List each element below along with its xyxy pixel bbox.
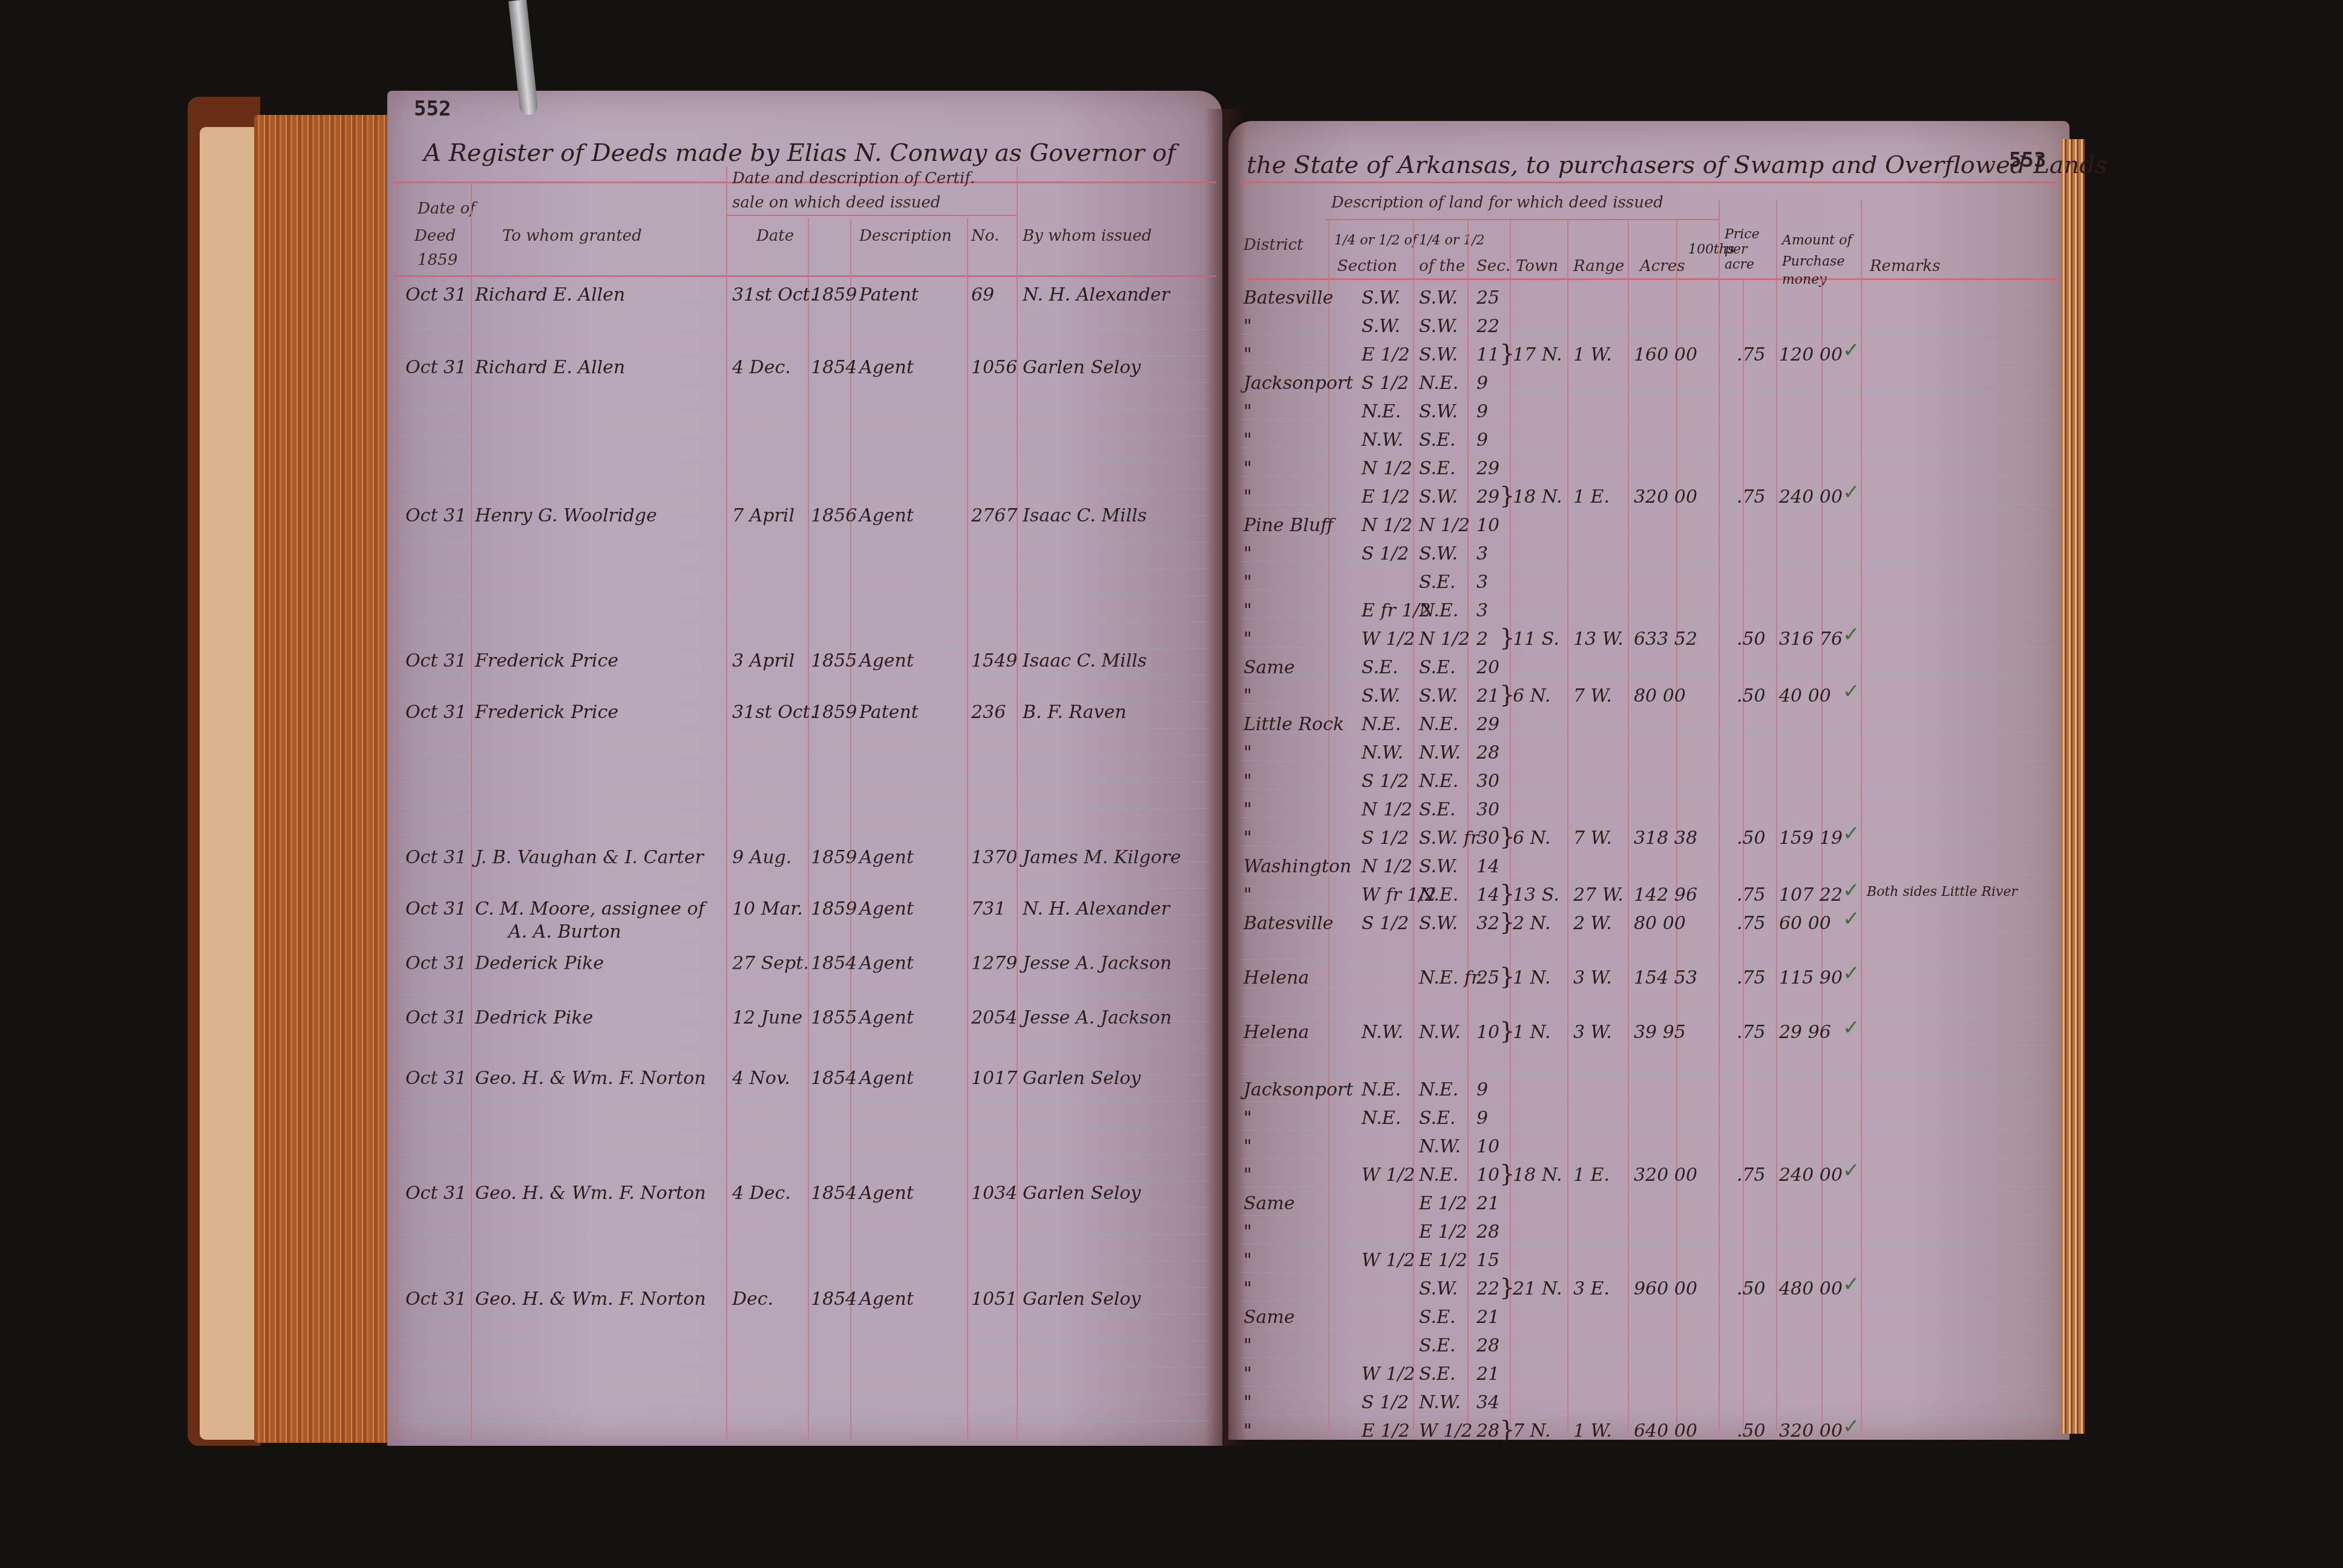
ruling-line [1240,1187,2051,1187]
ruling-line [1240,305,2051,306]
ruling-line [1240,1414,2051,1415]
cert-date: 3 April [732,650,795,671]
col-header-date-of-deed-3: 1859 [418,251,457,269]
ruling-line [1240,1301,2051,1301]
ruling-line [1240,334,2051,335]
ruling-line [1240,561,2051,562]
township: 1 N. [1513,967,1551,988]
ruling-line [399,595,1210,596]
issued-by: Garlen Seloy [1023,1289,1141,1310]
district: " [1244,1335,1252,1356]
ruling-line [399,382,1210,383]
register-title-right: the State of Arkansas, to purchasers of … [1247,151,2107,179]
column-rule [471,181,472,1440]
ruling-line [399,462,1210,463]
verified-check-icon: ✓ [1843,622,1860,647]
cert-no: 731 [971,898,1006,920]
grouping-brace: } [1499,962,1515,990]
purchase-amount: 240 00 [1779,1165,1843,1186]
purchase-amount: 115 90 [1779,967,1843,988]
ruling-line [399,1048,1210,1048]
ruling-line [1240,959,2051,960]
verified-check-icon: ✓ [1843,907,1860,931]
deed-date: Oct 31 [405,357,467,378]
col-header-cert-group-1: Date and description of Certif. [732,169,975,188]
issued-by: James M. Kilgore [1023,847,1181,868]
ruling-line [1240,931,2051,932]
cert-year: 1855 [811,1007,857,1028]
cert-no: 1549 [971,650,1017,671]
section-number: 28 [1476,1335,1499,1356]
township: 1 N. [1513,1022,1551,1043]
deed-date: Oct 31 [405,1007,467,1028]
remarks: Both sides Little River [1867,884,2017,900]
grantee: Geo. H. & Wm. F. Norton [475,1289,706,1310]
district: " [1244,1364,1252,1385]
issued-by: Garlen Seloy [1023,1183,1141,1204]
district: " [1244,1420,1252,1442]
header-rule-bottom [393,275,1216,277]
ruling-line [1240,675,2051,676]
ruling-line [1240,1045,2051,1045]
section-number: 34 [1476,1392,1499,1413]
ruling-line [1240,988,2051,988]
grouping-brace: } [1499,823,1515,851]
cert-year: 1854 [811,1289,857,1310]
col-header-part-section-1: 1/4 or 1/2 of [1334,233,1417,248]
ruling-line [399,648,1210,649]
grantee: Frederick Price [475,702,618,723]
cert-year: 1854 [811,1068,857,1089]
issued-by: Garlen Seloy [1023,357,1141,378]
ruling-line [399,1128,1210,1128]
ruling-line [399,622,1210,622]
issued-by: Isaac C. Mills [1023,650,1147,671]
col-header-by-whom-issued: By whom issued [1023,227,1152,245]
description: Agent [859,1007,914,1028]
ruling-line [1240,817,2051,818]
quarter-of-quarter: S.E. [1419,1307,1455,1328]
quarter-section: N.W. [1362,1022,1403,1043]
cert-year: 1854 [811,357,857,378]
ruling-line [399,1207,1210,1208]
column-rule [1567,221,1568,1431]
acres: 39 95 [1634,1022,1686,1043]
cert-no: 1056 [971,357,1017,378]
subheader-rule [726,215,1017,216]
ruling-line [1240,1386,2051,1387]
range: 3 W. [1573,967,1612,988]
section-number: 25 [1476,967,1499,988]
district: " [1244,1165,1252,1186]
cert-date: 9 Aug. [732,847,791,868]
section-number: 15 [1476,1250,1499,1271]
district: " [1244,1278,1252,1299]
grouping-brace: } [1499,482,1515,509]
col-header-remarks: Remarks [1870,257,1941,275]
verified-check-icon: ✓ [1843,679,1860,704]
cert-year: 1854 [811,1183,857,1204]
ruling-line [1240,1272,2051,1273]
cert-year: 1854 [811,953,857,974]
verified-check-icon: ✓ [1843,338,1860,362]
column-rule [1743,278,1744,1431]
ruling-line [399,329,1210,330]
ruling-line [399,409,1210,410]
column-rule [850,218,851,1440]
quarter-section: W 1/2 [1362,1364,1415,1385]
ruling-line [1240,789,2051,789]
grouping-brace: } [1499,880,1515,907]
verified-check-icon: ✓ [1843,822,1860,846]
column-rule [1628,221,1629,1431]
township: 18 N. [1513,1165,1562,1186]
quarter-of-quarter: N.W. [1419,1136,1461,1157]
column-rule [1328,221,1329,1431]
quarter-section: W 1/2 [1362,1165,1415,1186]
grantee: Richard E. Allen [475,357,625,378]
cert-date: 4 Dec. [732,357,791,378]
cert-date: 4 Nov. [732,1068,790,1089]
price-per-acre: .75 [1737,967,1766,988]
quarter-of-quarter: W 1/2 [1419,1420,1473,1442]
purchase-amount: 320 00 [1779,1420,1843,1442]
col-header-date-of-deed-1: Date of [418,200,476,218]
township: 21 N. [1513,1278,1562,1299]
ruling-line [399,1261,1210,1261]
district: Same [1244,1307,1295,1328]
grouping-brace: } [1499,908,1515,936]
ruling-line [399,1420,1210,1421]
ruling-line [399,489,1210,489]
quarter-of-quarter: S.E. [1419,1108,1455,1129]
col-header-price-2: per [1725,242,1748,257]
ruling-line [399,1234,1210,1235]
ruling-line [1240,476,2051,477]
grantee: Geo. H. & Wm. F. Norton [475,1068,706,1089]
ruling-line [1240,505,2051,505]
col-header-part-quarter-1: 1/4 or 1/2 [1419,233,1485,248]
cert-year: 1855 [811,650,857,671]
col-header-to-whom-granted: To whom granted [502,227,642,245]
col-header-district: District [1244,236,1303,254]
section-number: 21 [1476,1193,1499,1214]
quarter-of-quarter: N.E. fr [1419,967,1480,988]
grantee: Geo. H. & Wm. F. Norton [475,1183,706,1204]
price-per-acre: .75 [1737,1022,1766,1043]
column-rule [1821,278,1823,1431]
quarter-of-quarter: S.E. [1419,1364,1455,1385]
deed-date: Oct 31 [405,1183,467,1204]
ruling-line [399,702,1210,702]
quarter-of-quarter: E 1/2 [1419,1221,1467,1243]
grantee: Dedrick Pike [475,1007,593,1028]
column-rule [808,218,809,1440]
deed-date: Oct 31 [405,953,467,974]
ruling-line [399,1074,1210,1075]
col-header-amount-3: money [1782,272,1827,287]
book-gutter [1204,109,1247,1446]
ruling-line [399,915,1210,915]
ruling-line [399,808,1210,809]
quarter-of-quarter: S.E. [1419,1335,1455,1356]
column-rule [1676,221,1677,1431]
ruling-line [1240,362,2051,363]
cert-year: 1859 [811,702,857,723]
deed-date: Oct 31 [405,898,467,920]
ruling-line [399,1181,1210,1181]
section-number: 10 [1476,1022,1499,1043]
col-header-date: Date [756,227,794,245]
district: " [1244,1136,1252,1157]
ruling-line [399,968,1210,969]
section-number: 22 [1476,1278,1499,1299]
verified-check-icon: ✓ [1843,961,1860,985]
right-page [1228,121,2069,1440]
cert-year: 1859 [811,898,857,920]
ruling-line [1240,846,2051,846]
col-header-cert-group-2: sale on which deed issued [732,194,940,212]
ruling-line [399,1287,1210,1288]
ruling-line [399,1021,1210,1022]
district: Helena [1244,1022,1309,1043]
quarter-of-quarter: S.W. [1419,1278,1458,1299]
col-header-acres: Acres [1640,257,1685,275]
header-rule [1240,181,2057,183]
quarter-section: E 1/2 [1362,1420,1410,1442]
quarter-of-quarter: N.E. [1419,1165,1458,1186]
range: 3 E. [1573,1278,1610,1299]
deed-date: Oct 31 [405,1289,467,1310]
ruling-line [1240,903,2051,903]
district: Helena [1244,967,1309,988]
col-header-part-section-2: Section [1337,257,1397,275]
page-number-left: 552 [414,97,451,121]
ruling-line [399,835,1210,835]
section-number: 21 [1476,1364,1499,1385]
col-header-part-quarter-2: of the [1419,257,1465,275]
register-title-left: A Register of Deeds made by Elias N. Con… [424,139,1176,167]
quarter-section: W 1/2 [1362,1250,1415,1271]
issued-by: Garlen Seloy [1023,1068,1141,1089]
ruling-line [1240,1357,2051,1358]
ruling-line [399,995,1210,995]
col-header-amount-2: Purchase [1782,254,1844,269]
grantee: Frederick Price [475,650,618,671]
verified-check-icon: ✓ [1843,480,1860,505]
ruling-line [399,1101,1210,1102]
grouping-brace: } [1499,1273,1515,1301]
section-number: 28 [1476,1221,1499,1243]
ruling-line [399,302,1210,303]
page-edges-left [254,115,393,1443]
cert-date: 27 Sept. [732,953,809,974]
ruling-line [399,861,1210,862]
township: 7 N. [1513,1420,1551,1442]
quarter-of-quarter: N.W. [1419,1022,1461,1043]
deed-date: Oct 31 [405,1068,467,1089]
district: " [1244,1250,1252,1271]
quarter-of-quarter: E 1/2 [1419,1193,1467,1214]
description: Agent [859,1289,914,1310]
ruling-line [399,728,1210,729]
cert-no: 1370 [971,847,1017,868]
description: Agent [859,357,914,378]
column-rule [397,181,398,1440]
ruling-line [399,675,1210,676]
deed-date: Oct 31 [405,847,467,868]
grouping-brace: } [1499,681,1515,708]
ruling-line [1240,760,2051,761]
ruling-line [399,888,1210,889]
description: Patent [859,702,919,723]
col-header-town: Town [1516,257,1558,275]
description: Agent [859,650,914,671]
issued-by: Jesse A. Jackson [1023,953,1171,974]
description: Agent [859,953,914,974]
purchase-amount: 480 00 [1779,1278,1843,1299]
ruling-line [399,1394,1210,1394]
verified-check-icon: ✓ [1843,878,1860,903]
section-number: 9 [1476,1079,1488,1100]
range: 3 W. [1573,1022,1612,1043]
section-number: 10 [1476,1165,1499,1186]
cert-date: 10 Mar. [732,898,803,920]
ruling-line [399,1341,1210,1341]
acres: 154 53 [1634,967,1697,988]
ruling-line [1240,732,2051,733]
ruling-line [1240,1102,2051,1102]
ruling-line [1240,448,2051,448]
district: " [1244,1392,1252,1413]
ruling-line [1240,1158,2051,1159]
grouping-brace: } [1499,1017,1515,1045]
ruling-line [399,941,1210,942]
verified-check-icon: ✓ [1843,1272,1860,1296]
range: 1 W. [1573,1420,1612,1442]
price-per-acre: .50 [1737,1278,1766,1299]
column-rule [726,166,727,1440]
district: Jacksonport [1244,1079,1353,1100]
cert-no: 1034 [971,1183,1017,1204]
quarter-of-quarter: N.W. [1419,1392,1461,1413]
ruling-line [1240,419,2051,420]
ruling-line [399,1314,1210,1315]
description: Agent [859,898,914,920]
col-header-range: Range [1573,257,1624,275]
grantee: J. B. Vaughan & I. Carter [475,847,704,868]
column-rule [1776,200,1777,1431]
quarter-section: N.E. [1362,1079,1401,1100]
ruling-line [399,515,1210,516]
subheader-rule [1325,219,1719,220]
ruling-line [1240,590,2051,590]
cert-no: 1279 [971,953,1017,974]
acres: 320 00 [1634,1165,1697,1186]
section-number: 10 [1476,1136,1499,1157]
cert-year: 1859 [811,847,857,868]
district: " [1244,1108,1252,1129]
ruling-line [1240,1130,2051,1131]
col-header-sec: Sec. [1476,257,1510,275]
col-header-price-1: Price [1725,227,1760,242]
column-rule [967,218,968,1440]
ruling-line [399,1367,1210,1368]
price-per-acre: .75 [1737,1165,1766,1186]
district: " [1244,1221,1252,1243]
col-header-date-of-deed-2: Deed [415,227,456,245]
district: Same [1244,1193,1295,1214]
quarter-section: N.E. [1362,1108,1401,1129]
column-rule [1719,200,1720,1431]
cert-date: 12 June [732,1007,802,1028]
ruling-line [1240,1244,2051,1244]
ruling-line [1240,618,2051,619]
col-header-land-group: Description of land for which deed issue… [1331,194,1663,212]
issued-by: B. F. Raven [1023,702,1127,723]
grouping-brace: } [1499,1416,1515,1443]
cert-no: 1051 [971,1289,1017,1310]
deed-date: Oct 31 [405,702,467,723]
description: Agent [859,1068,914,1089]
ruling-line [399,356,1210,356]
ruling-line [399,1154,1210,1155]
grouping-brace: } [1499,339,1515,367]
cert-date: 31st Oct. [732,702,816,723]
acres: 640 00 [1634,1420,1697,1442]
ruling-line [1240,533,2051,534]
ruling-line [1240,874,2051,875]
description: Agent [859,847,914,868]
ruling-line [1240,391,2051,391]
col-header-description: Description [859,227,952,245]
issued-by: Jesse A. Jackson [1023,1007,1171,1028]
grantee-line2: A. A. Burton [508,921,621,942]
cert-date: Dec. [732,1289,773,1310]
page-edges-right [2060,139,2085,1434]
verified-check-icon: ✓ [1843,1016,1860,1040]
verified-check-icon: ✓ [1843,1414,1860,1439]
verified-check-icon: ✓ [1843,1158,1860,1183]
issued-by: N. H. Alexander [1023,898,1170,920]
col-header-no: No. [971,227,999,245]
grouping-brace: } [1499,1160,1515,1187]
cert-date: 4 Dec. [732,1183,791,1204]
grantee: Dederick Pike [475,953,604,974]
ruling-line [399,755,1210,756]
section-number: 9 [1476,1108,1488,1129]
cert-no: 236 [971,702,1006,723]
col-header-amount-1: Amount of [1782,233,1852,248]
range: 1 E. [1573,1165,1610,1186]
price-per-acre: .50 [1737,1420,1766,1442]
quarter-section: S 1/2 [1362,1392,1409,1413]
col-header-price-3: acre [1725,257,1754,272]
acres: 960 00 [1634,1278,1697,1299]
ruling-line [1240,647,2051,647]
description: Agent [859,1183,914,1204]
deed-date: Oct 31 [405,650,467,671]
ruling-line [1240,1073,2051,1074]
quarter-of-quarter: E 1/2 [1419,1250,1467,1271]
ruling-line [399,542,1210,543]
section-number: 28 [1476,1420,1499,1442]
ruling-line [1240,1016,2051,1017]
section-number: 21 [1476,1307,1499,1328]
grantee: C. M. Moore, assignee of [475,898,705,920]
column-rule [1467,221,1469,1431]
column-rule [1861,200,1862,1431]
